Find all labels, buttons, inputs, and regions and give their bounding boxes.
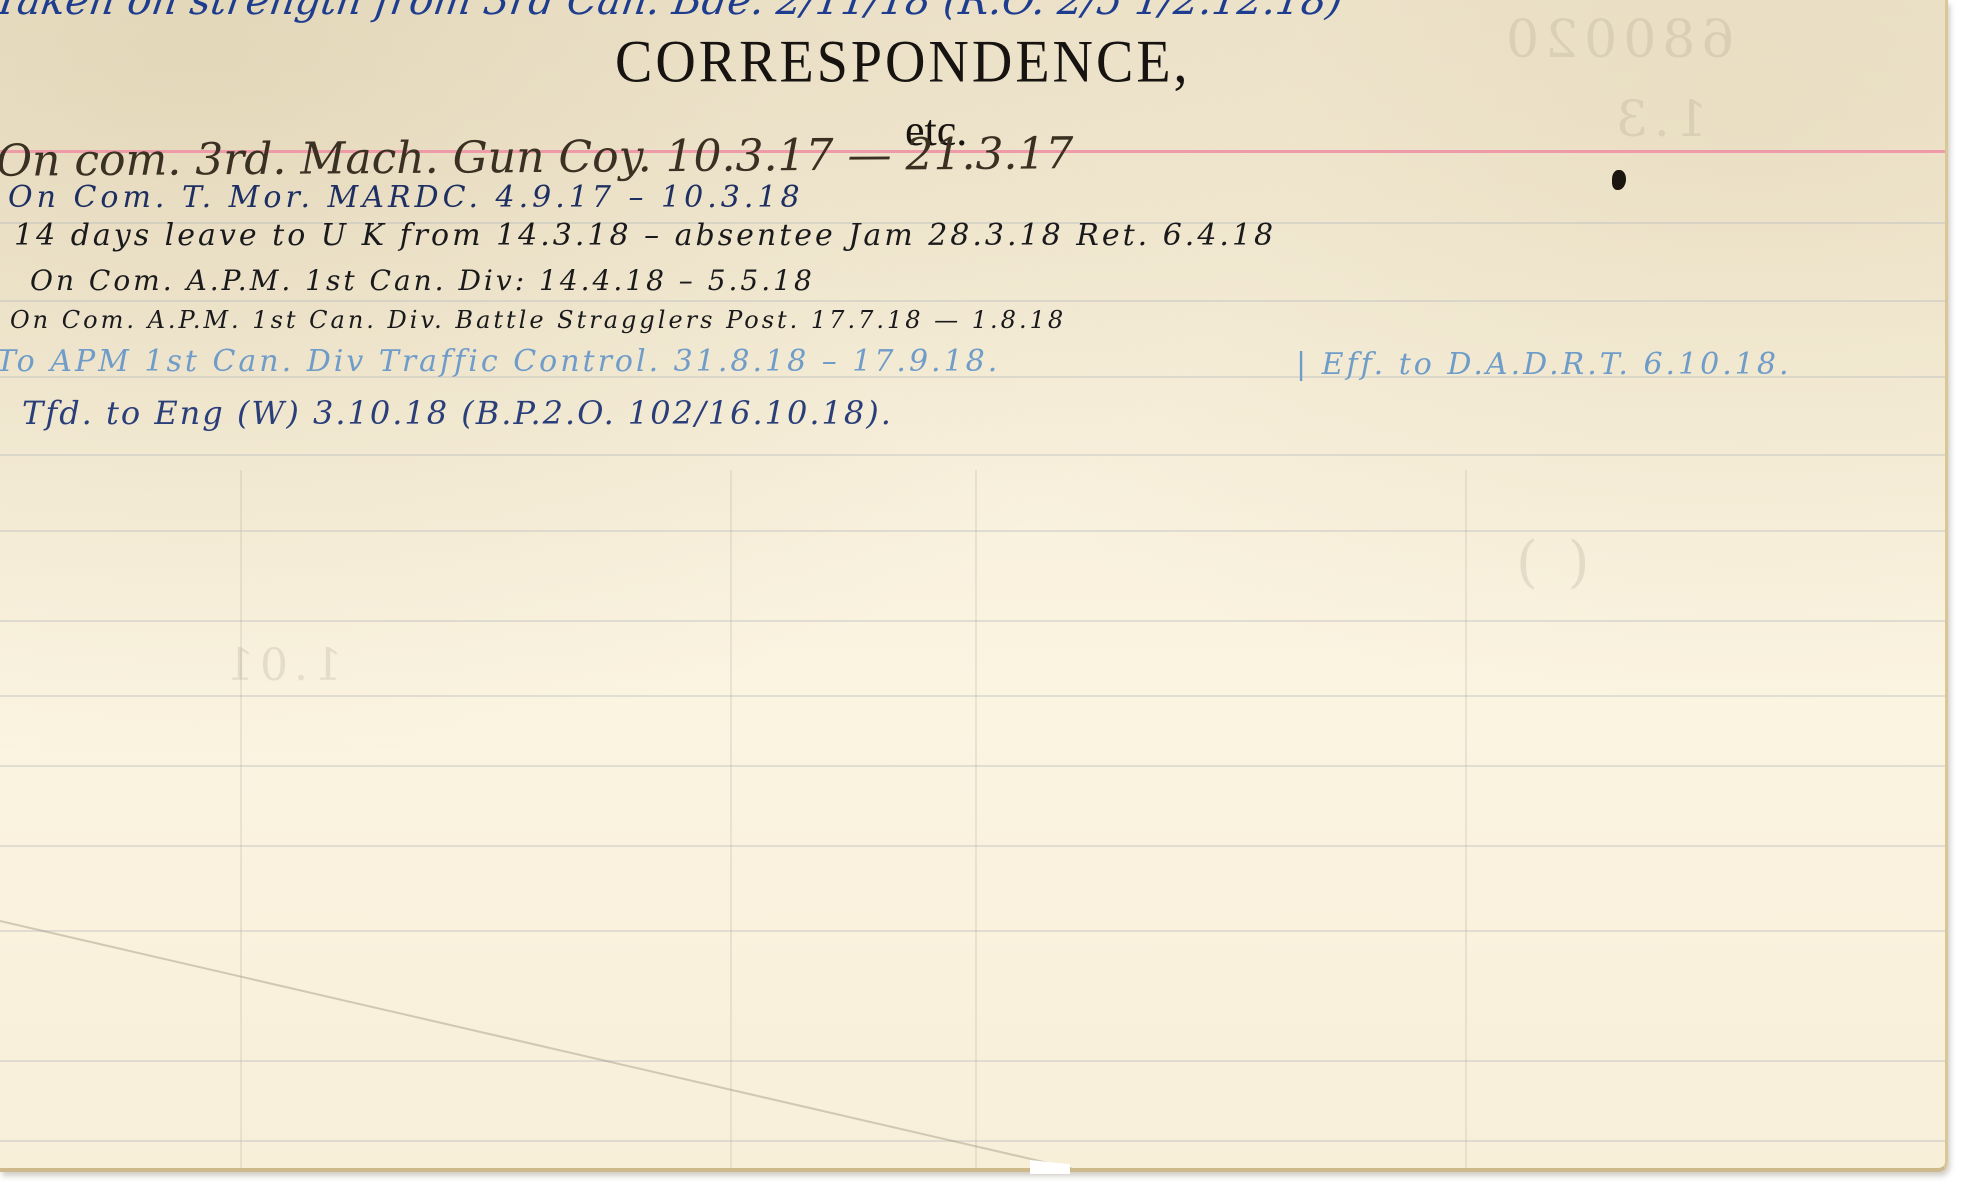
ghost-text: 680020 — [1500, 10, 1735, 70]
entry-line: | Eff. to D.A.D.R.T. 6.10.18. — [1296, 347, 1792, 382]
column-line — [1465, 470, 1467, 1170]
ghost-text: ( ) — [1510, 530, 1590, 595]
entry-line: Tfd. to Eng (W) 3.10.18 (B.P.2.O. 102/16… — [22, 394, 893, 432]
entry-line: 14 days leave to U K from 14.3.18 – abse… — [14, 218, 1276, 253]
top-annotation: Taken on strength from 3rd Can. Bde. 2/1… — [0, 0, 1346, 24]
record-card: 680020 1.3 ( ) 1.01 Taken on strength fr… — [0, 0, 1948, 1172]
ruled-line — [0, 620, 1945, 622]
ruled-line — [0, 930, 1945, 932]
ruled-line — [0, 765, 1945, 767]
ruled-line — [0, 1140, 1945, 1142]
ruled-line — [0, 1060, 1945, 1062]
ruled-line — [0, 300, 1945, 302]
ghost-text: 1.01 — [220, 640, 342, 691]
entry-line: On com. 3rd. Mach. Gun Coy. 10.3.17 — 21… — [0, 128, 1074, 187]
entry-line: To APM 1st Can. Div Traffic Control. 31.… — [0, 344, 1000, 379]
paper-crease — [0, 920, 1072, 1169]
entry-line: On Com. T. Mor. MARDC. 4.9.17 – 10.3.18 — [8, 180, 804, 215]
ruled-line — [0, 530, 1945, 532]
column-line — [240, 470, 242, 1170]
ruled-line — [0, 454, 1945, 456]
ink-stain — [1612, 170, 1626, 190]
entry-line: On Com. A.P.M. 1st Can. Div: 14.4.18 – 5… — [30, 264, 815, 297]
section-heading: CORRESPONDENCE, — [615, 27, 1191, 96]
ruled-line — [0, 845, 1945, 847]
ghost-text: 1.3 — [1610, 90, 1708, 148]
entry-line: On Com. A.P.M. 1st Can. Div. Battle Stra… — [10, 306, 1066, 334]
column-line — [975, 470, 977, 1170]
column-line — [730, 470, 732, 1170]
ruled-line — [0, 695, 1945, 697]
